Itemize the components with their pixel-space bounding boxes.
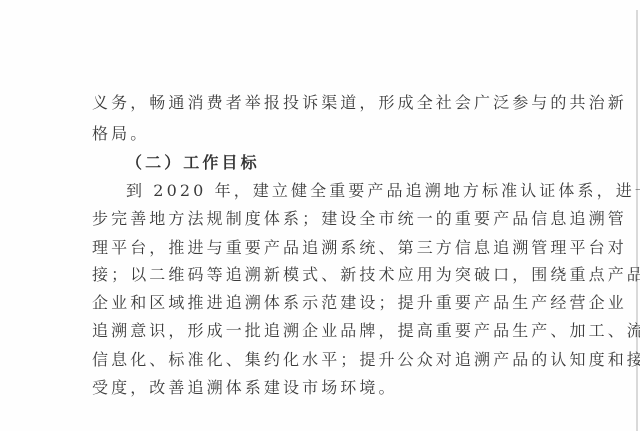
paragraph-line-6: 追溯意识，形成一批追溯企业品牌，提高重要产品生产、加工、流通 <box>92 321 640 341</box>
paragraph-line-7: 信息化、标准化、集约化水平；提升公众对追溯产品的认知度和接 <box>92 350 640 370</box>
paragraph-line-5: 企业和区域推进追溯体系示范建设；提升重要产品生产经营企业 <box>92 293 627 313</box>
continuation-line-1: 义务，畅通消费者举报投诉渠道，形成全社会广泛参与的共治新 <box>92 93 627 113</box>
paragraph-line-1: 到 2020 年，建立健全重要产品追溯地方标准认证体系，进一 <box>126 181 640 201</box>
continuation-line-2: 格局。 <box>92 124 149 144</box>
paragraph-line-8: 受度，改善追溯体系建设市场环境。 <box>92 378 398 398</box>
paragraph-line-3: 理平台，推进与重要产品追溯系统、第三方信息追溯管理平台对 <box>92 238 627 258</box>
section-heading: （二）工作目标 <box>126 153 260 173</box>
paragraph-line-4: 接；以二维码等追溯新模式、新技术应用为突破口，围绕重点产品、 <box>92 265 640 285</box>
document-page: 义务，畅通消费者举报投诉渠道，形成全社会广泛参与的共治新 格局。 （二）工作目标… <box>0 0 640 431</box>
paragraph-line-2: 步完善地方法规制度体系；建设全市统一的重要产品信息追溯管 <box>92 209 627 229</box>
